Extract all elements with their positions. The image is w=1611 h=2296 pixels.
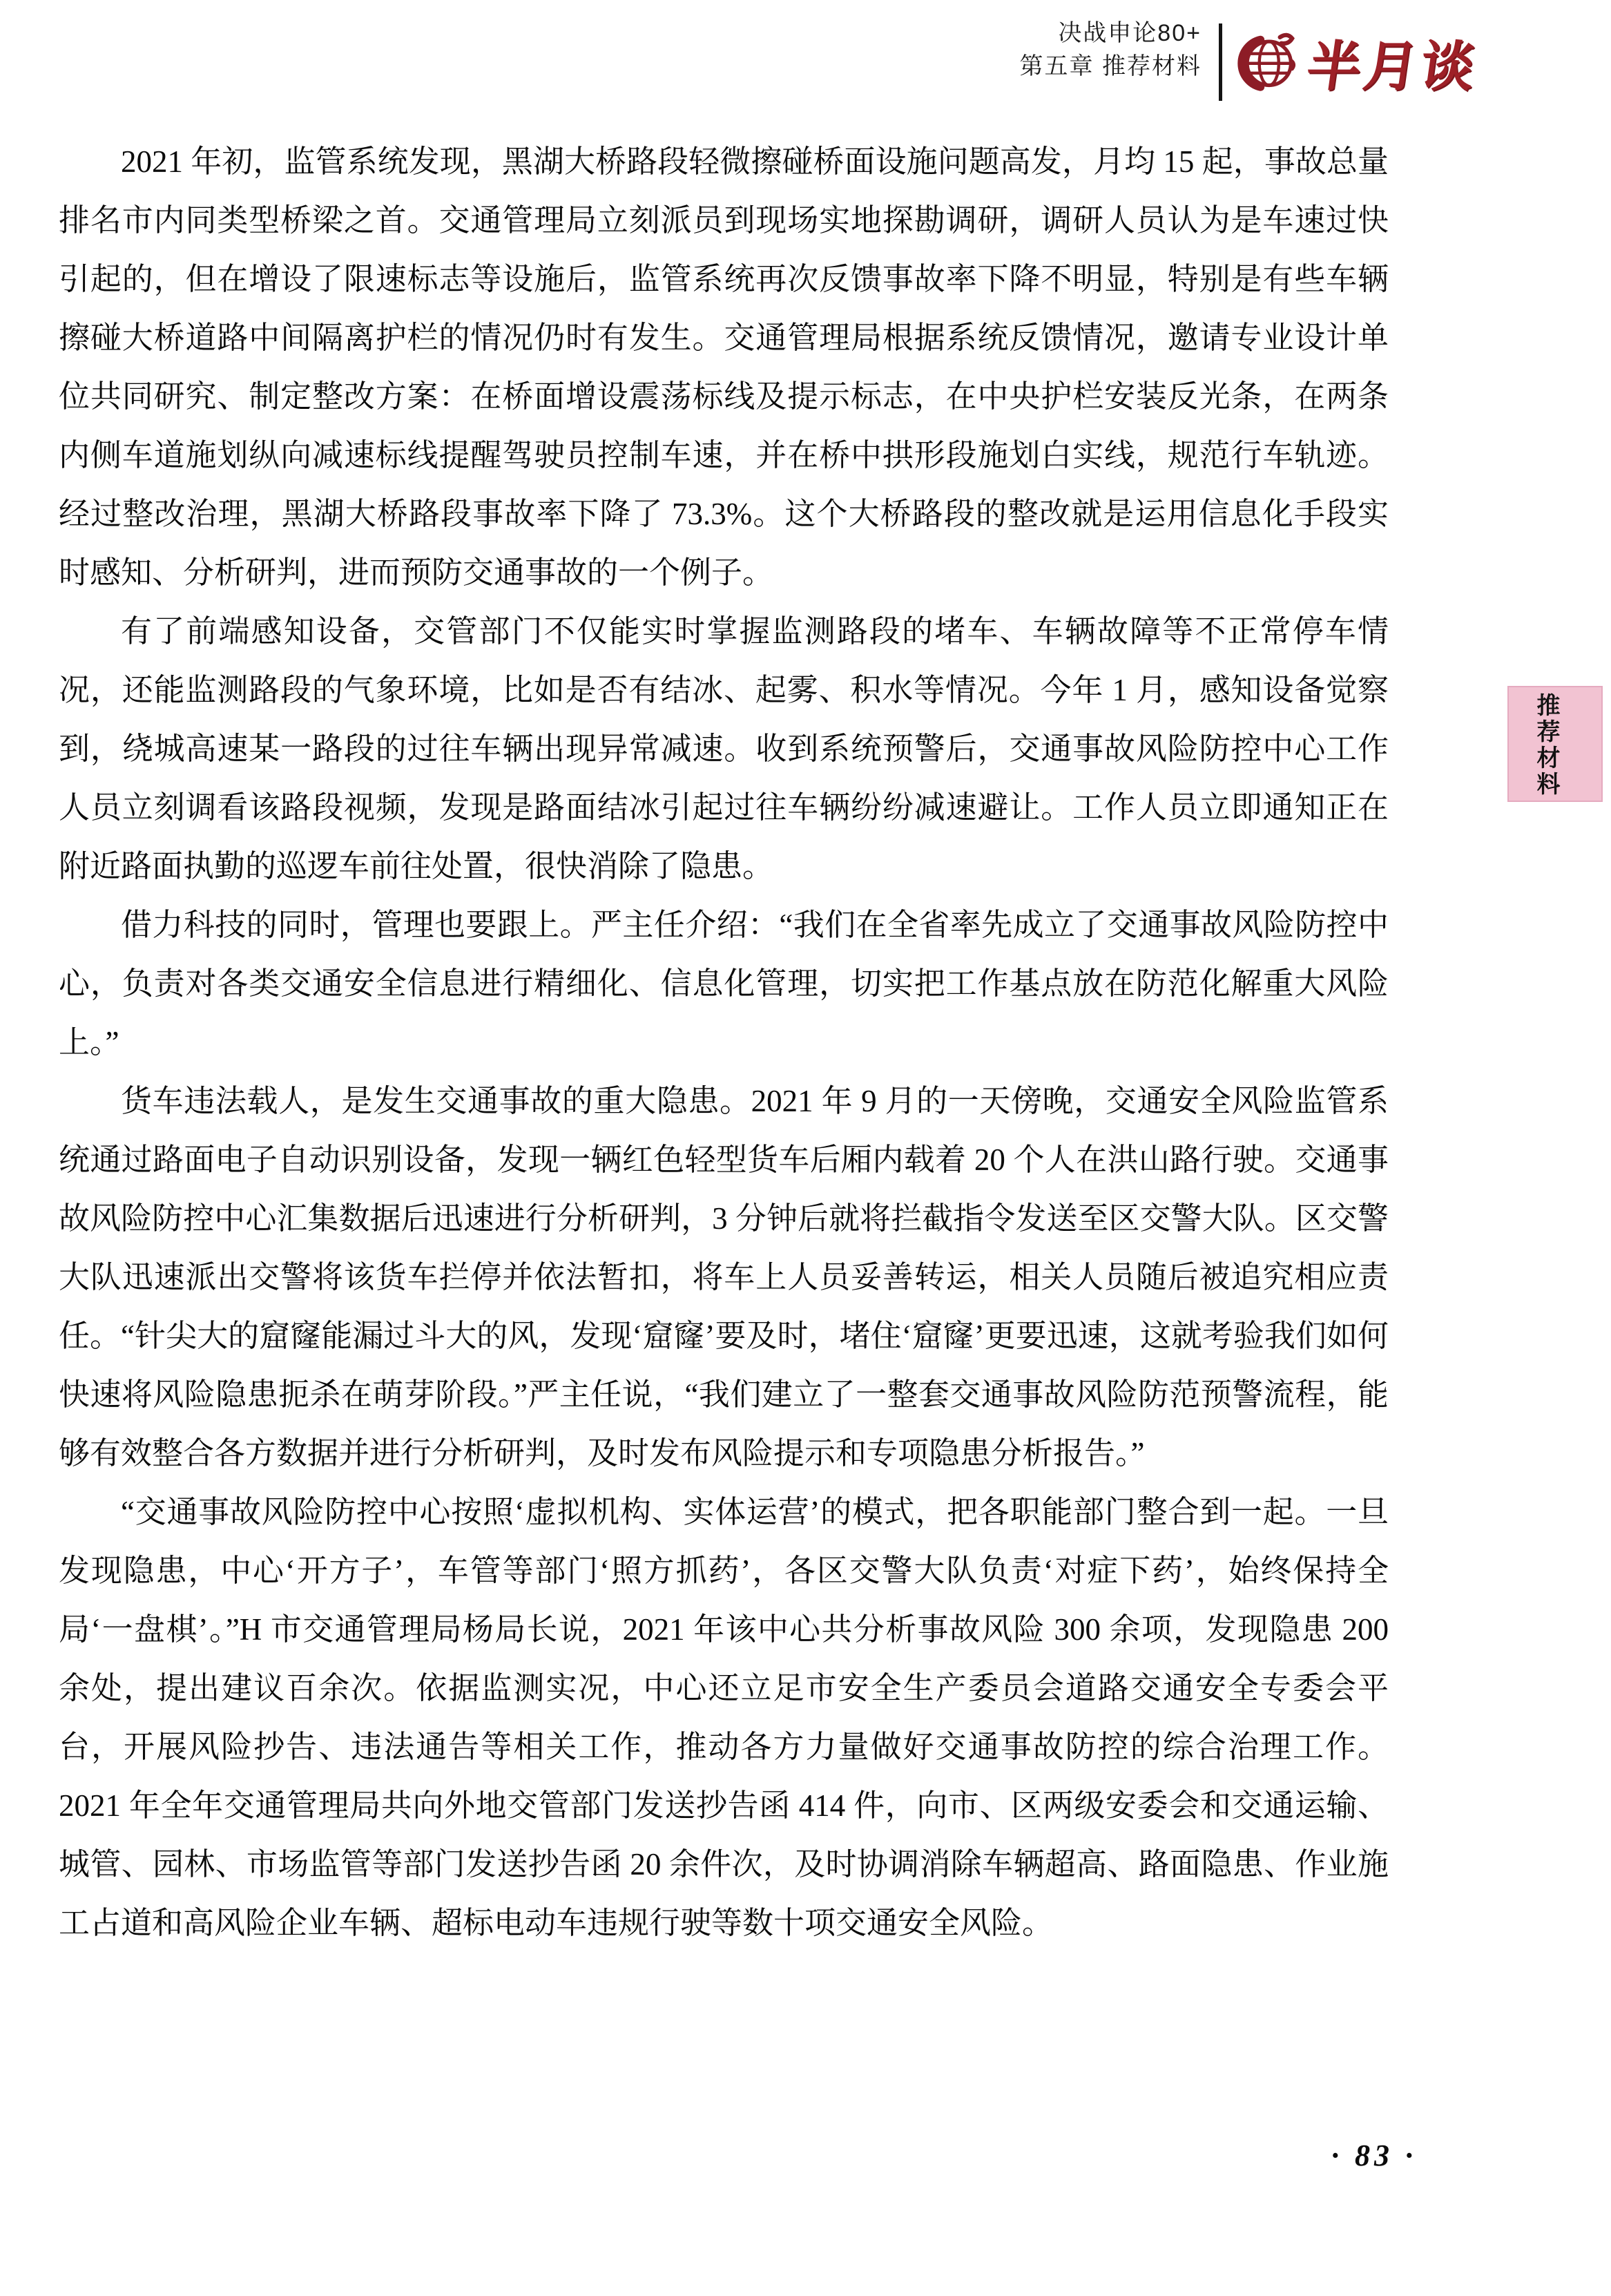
header-text: 决战申论80+ 第五章 推荐材料 (0, 17, 1202, 83)
header-divider (1219, 23, 1222, 101)
body-text: 2021 年初，监管系统发现，黑湖大桥路段轻微擦碰桥面设施问题高发，月均 15 … (59, 133, 1389, 1953)
page-number: · 83 · (1305, 2138, 1443, 2173)
brand-name: 半月谈 (1302, 23, 1483, 101)
globe-icon (1237, 28, 1298, 97)
page: 决战申论80+ 第五章 推荐材料 半月谈 2021 年初，监管系统发现，黑湖 (0, 0, 1611, 2296)
paragraph-1: 2021 年初，监管系统发现，黑湖大桥路段轻微擦碰桥面设施问题高发，月均 15 … (59, 133, 1389, 602)
chapter-title: 第五章 推荐材料 (0, 50, 1202, 83)
side-tab-label: 推荐材料 (1530, 693, 1563, 798)
side-tab: 推荐材料 (1507, 686, 1603, 802)
brand-logo: 半月谈 (1237, 18, 1478, 106)
paragraph-2: 有了前端感知设备，交管部门不仅能实时掌握监测路段的堵车、车辆故障等不正常停车情况… (59, 602, 1389, 896)
paragraph-4: 货车违法载人，是发生交通事故的重大隐患。2021 年 9 月的一天傍晚，交通安全… (59, 1072, 1389, 1483)
paragraph-5: “交通事故风险防控中心按照‘虚拟机构、实体运营’的模式，把各职能部门整合到一起。… (59, 1483, 1389, 1953)
book-title: 决战申论80+ (0, 17, 1202, 50)
paragraph-3: 借力科技的同时，管理也要跟上。严主任介绍：“我们在全省率先成立了交通事故风险防控… (59, 896, 1389, 1072)
